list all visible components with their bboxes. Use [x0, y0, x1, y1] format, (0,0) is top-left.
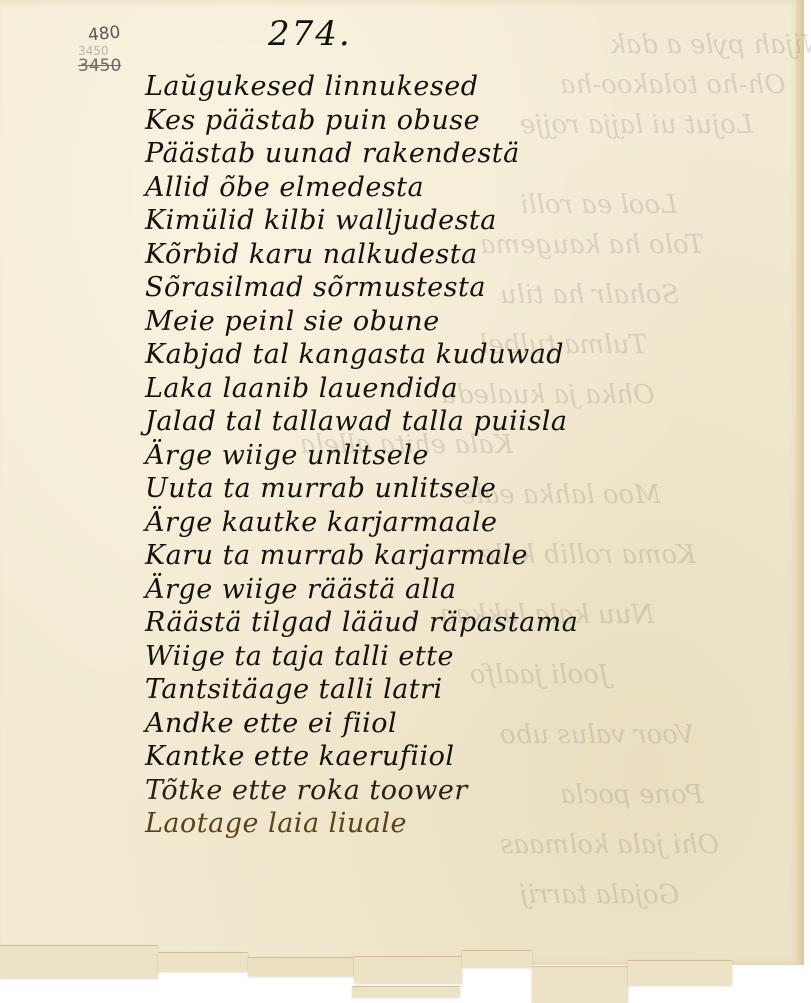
ghost-line: Nijah pyle a dak	[610, 30, 811, 60]
torn-paper-strip	[352, 986, 460, 997]
poem-line: Wiige ta taja talli ette	[145, 640, 795, 674]
poem-line: Kõrbid karu nalkudesta	[145, 238, 795, 272]
torn-paper-strip	[462, 950, 532, 967]
poem-line: Päästab uunad rakendestä	[145, 137, 795, 171]
poem-text: Laŭgukesed linnukesed Kes päästab puin o…	[145, 70, 795, 841]
poem-line: Tõtke ette roka toower	[145, 774, 795, 808]
poem-line: Andke ette ei fiiol	[145, 707, 795, 741]
poem-line: Laŭgukesed linnukesed	[145, 70, 795, 104]
poem-line: Laotage laia liuale	[145, 807, 795, 841]
archive-numbers: 480 3450 3450	[78, 24, 121, 76]
poem-line: Kes päästab puin obuse	[145, 104, 795, 138]
poem-line: Laka laanib lauendida	[145, 372, 795, 406]
archive-number-struck: 3450	[78, 56, 121, 76]
torn-paper-strip	[248, 957, 354, 976]
poem-line: Kantke ette kaerufiiol	[145, 740, 795, 774]
torn-paper-strip	[354, 956, 462, 983]
page-number: 274.	[268, 14, 352, 54]
manuscript-page: Nijah pyle a dak Oh-ho tolakoo-ha Lojut …	[0, 0, 804, 965]
poem-line: Jalad tal tallawad talla puiisla	[145, 405, 795, 439]
poem-line: Allid õbe elmedesta	[145, 171, 795, 205]
poem-line: Karu ta murrab karjarmale	[145, 539, 795, 573]
ghost-line: Gojala tarrij	[520, 880, 679, 910]
poem-line: Tantsitäage talli latri	[145, 673, 795, 707]
poem-line: Uuta ta murrab unlitsele	[145, 472, 795, 506]
poem-line: Kimülid kilbi walljudesta	[145, 204, 795, 238]
torn-paper-strip	[0, 945, 158, 978]
torn-paper-strip	[532, 966, 628, 1000]
poem-line: Ärge wiige unlitsele	[145, 439, 795, 473]
page-edge	[796, 0, 804, 965]
poem-line: Ärge kautke karjarmaale	[145, 506, 795, 540]
poem-line: Ärge wiige räästä alla	[145, 573, 795, 607]
torn-paper-strip	[628, 960, 732, 985]
archive-number-current: 480	[87, 22, 122, 45]
poem-line: Räästä tilgad lääud räpastama	[145, 606, 795, 640]
torn-paper-strip	[158, 952, 248, 971]
poem-line: Sõrasilmad sõrmustesta	[145, 271, 795, 305]
poem-line: Meie peinl sie obune	[145, 305, 795, 339]
poem-line: Kabjad tal kangasta kuduwad	[145, 338, 795, 372]
